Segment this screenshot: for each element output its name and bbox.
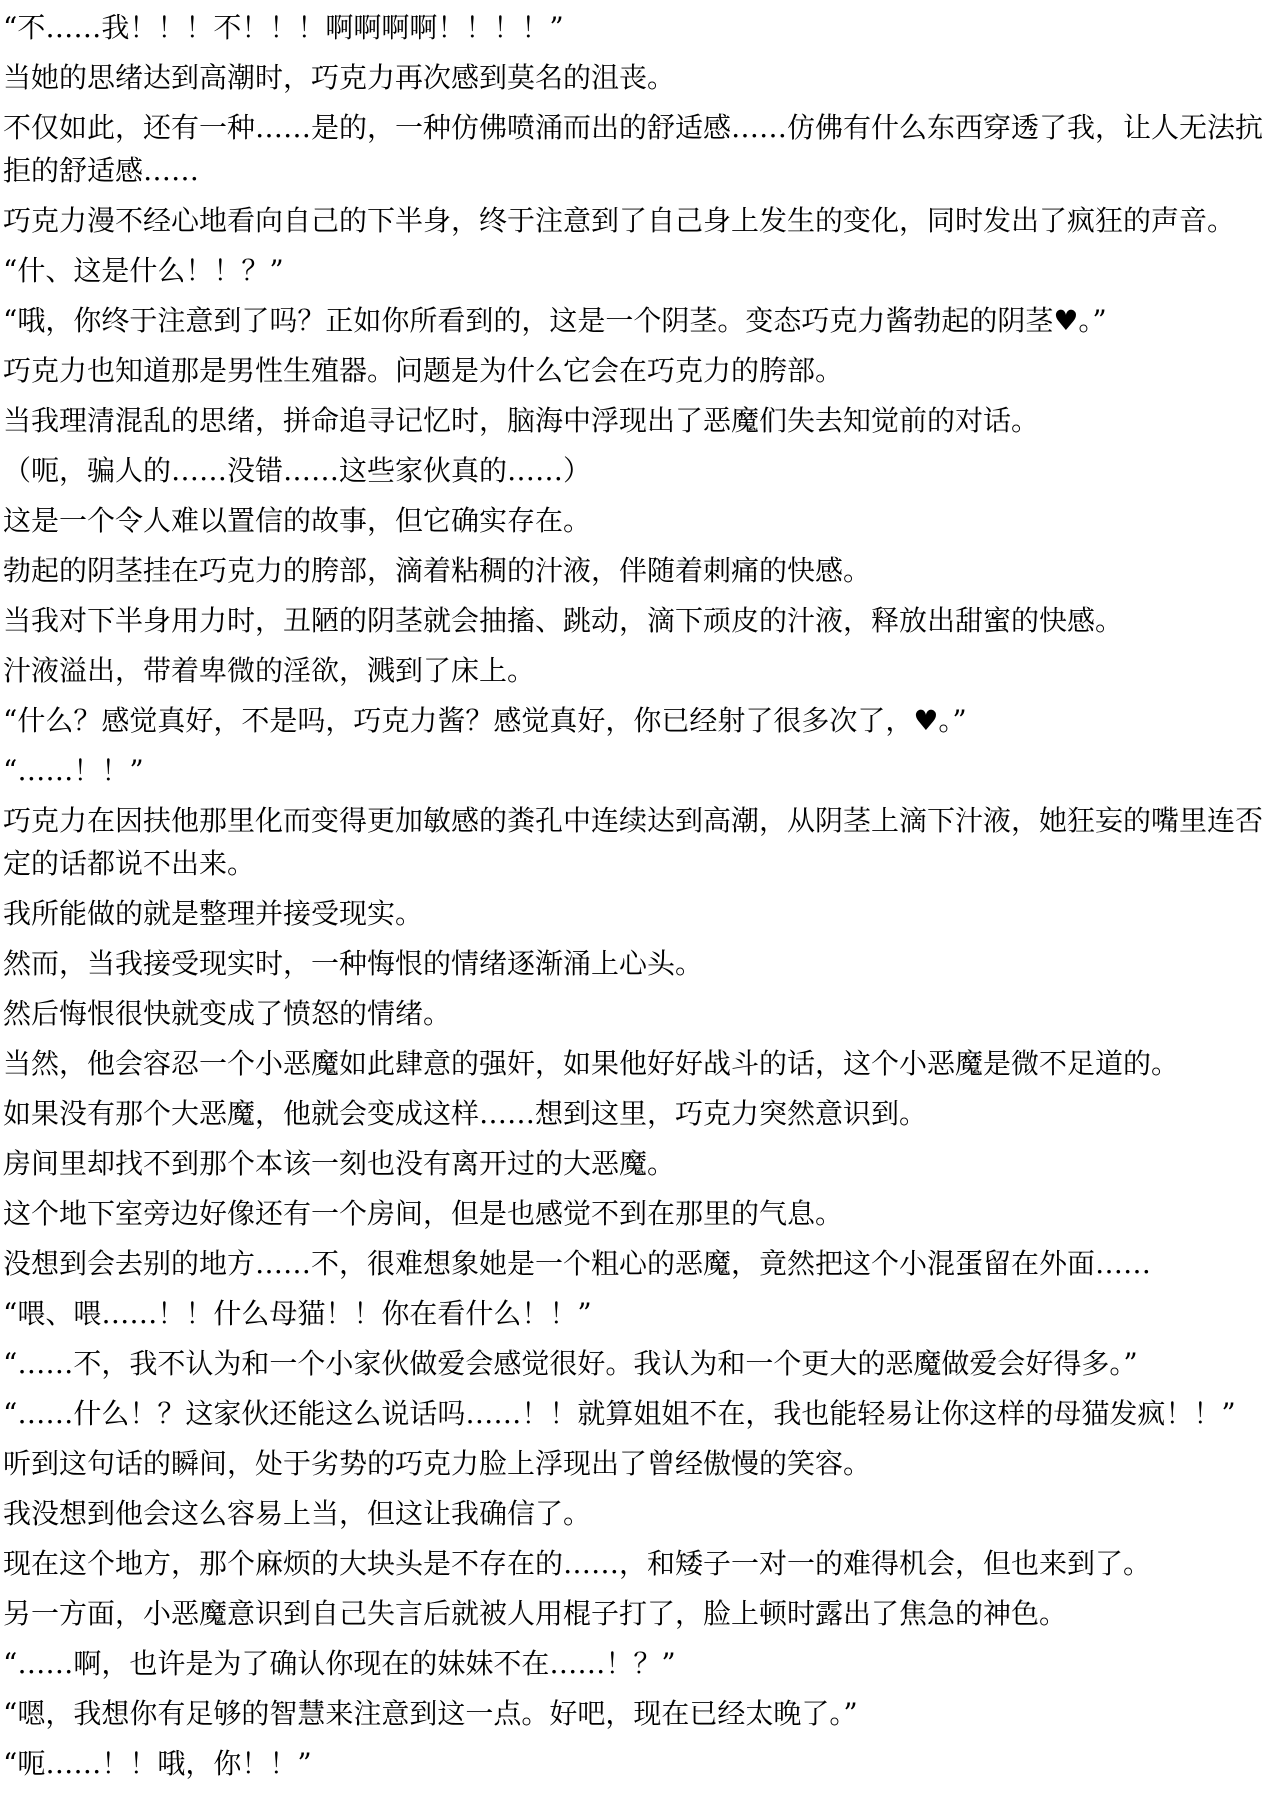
paragraph: 当然，他会容忍一个小恶魔如此肆意的强奸，如果他好好战斗的话，这个小恶魔是微不足道…	[3, 1042, 1274, 1085]
paragraph: 房间里却找不到那个本该一刻也没有离开过的大恶魔。	[3, 1142, 1274, 1185]
paragraph: 巧克力在因扶他那里化而变得更加敏感的粪孔中连续达到高潮，从阴茎上滴下汁液，她狂妄…	[3, 799, 1274, 885]
paragraph: （呃，骗人的……没错……这些家伙真的……）	[3, 449, 1274, 492]
paragraph: 如果没有那个大恶魔，他就会变成这样……想到这里，巧克力突然意识到。	[3, 1092, 1274, 1135]
paragraph: “什么？感觉真好，不是吗，巧克力酱？感觉真好，你已经射了很多次了，♥。”	[3, 699, 1274, 742]
paragraph: 另一方面，小恶魔意识到自己失言后就被人用棍子打了，脸上顿时露出了焦急的神色。	[3, 1592, 1274, 1635]
document-page: “不……我！！！不！！！啊啊啊啊！！！！”当她的思绪达到高潮时，巧克力再次感到莫…	[0, 0, 1280, 1810]
paragraph: 当她的思绪达到高潮时，巧克力再次感到莫名的沮丧。	[3, 56, 1274, 99]
paragraph: “什、这是什么！！？”	[3, 249, 1274, 292]
paragraph: 汁液溢出，带着卑微的淫欲，溅到了床上。	[3, 649, 1274, 692]
paragraph: 当我理清混乱的思绪，拼命追寻记忆时，脑海中浮现出了恶魔们失去知觉前的对话。	[3, 399, 1274, 442]
paragraph: 听到这句话的瞬间，处于劣势的巧克力脸上浮现出了曾经傲慢的笑容。	[3, 1442, 1274, 1485]
paragraph: “……什么！？这家伙还能这么说话吗……！！就算姐姐不在，我也能轻易让你这样的母猫…	[3, 1392, 1274, 1435]
paragraph: 现在这个地方，那个麻烦的大块头是不存在的……，和矮子一对一的难得机会，但也来到了…	[3, 1542, 1274, 1585]
paragraph: “呃……！！哦，你！！”	[3, 1742, 1274, 1785]
paragraph: “喂、喂……！！什么母猫！！你在看什么！！”	[3, 1292, 1274, 1335]
paragraph: 不仅如此，还有一种……是的，一种仿佛喷涌而出的舒适感……仿佛有什么东西穿透了我，…	[3, 106, 1274, 192]
paragraph: 没想到会去别的地方……不，很难想象她是一个粗心的恶魔，竟然把这个小混蛋留在外面……	[3, 1242, 1274, 1285]
paragraph: “不……我！！！不！！！啊啊啊啊！！！！”	[3, 6, 1274, 49]
text-body: “不……我！！！不！！！啊啊啊啊！！！！”当她的思绪达到高潮时，巧克力再次感到莫…	[3, 6, 1274, 1785]
paragraph: 这是一个令人难以置信的故事，但它确实存在。	[3, 499, 1274, 542]
paragraph: 巧克力漫不经心地看向自己的下半身，终于注意到了自己身上发生的变化，同时发出了疯狂…	[3, 199, 1274, 242]
paragraph: 我所能做的就是整理并接受现实。	[3, 892, 1274, 935]
paragraph: 当我对下半身用力时，丑陋的阴茎就会抽搐、跳动，滴下顽皮的汁液，释放出甜蜜的快感。	[3, 599, 1274, 642]
paragraph: “……！！”	[3, 749, 1274, 792]
paragraph: 这个地下室旁边好像还有一个房间，但是也感觉不到在那里的气息。	[3, 1192, 1274, 1235]
paragraph: “嗯，我想你有足够的智慧来注意到这一点。好吧，现在已经太晚了。”	[3, 1692, 1274, 1735]
paragraph: “哦，你终于注意到了吗？正如你所看到的，这是一个阴茎。变态巧克力酱勃起的阴茎♥。…	[3, 299, 1274, 342]
paragraph: “……啊，也许是为了确认你现在的妹妹不在……！？”	[3, 1642, 1274, 1685]
paragraph: “……不，我不认为和一个小家伙做爱会感觉很好。我认为和一个更大的恶魔做爱会好得多…	[3, 1342, 1274, 1385]
paragraph: 然而，当我接受现实时，一种悔恨的情绪逐渐涌上心头。	[3, 942, 1274, 985]
paragraph: 勃起的阴茎挂在巧克力的胯部，滴着粘稠的汁液，伴随着刺痛的快感。	[3, 549, 1274, 592]
paragraph: 然后悔恨很快就变成了愤怒的情绪。	[3, 992, 1274, 1035]
paragraph: 我没想到他会这么容易上当，但这让我确信了。	[3, 1492, 1274, 1535]
paragraph: 巧克力也知道那是男性生殖器。问题是为什么它会在巧克力的胯部。	[3, 349, 1274, 392]
